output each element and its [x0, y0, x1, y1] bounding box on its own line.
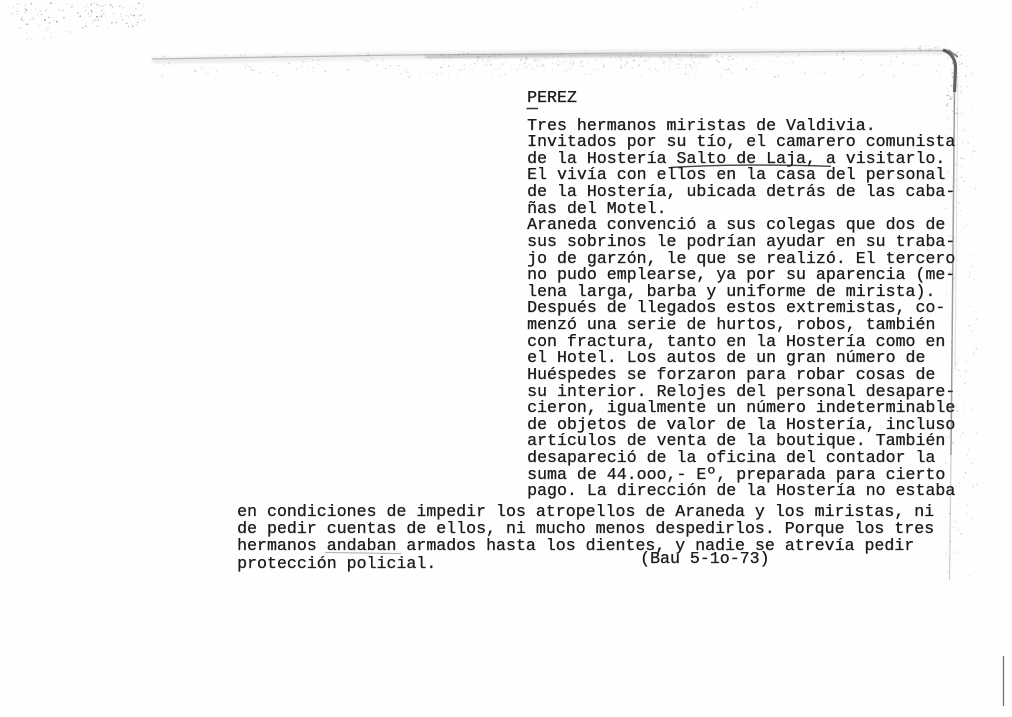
scanned-document-page: PEREZ Tres hermanos miristas de Valdivia…	[0, 0, 1012, 717]
source-citation: (Bau 5-1o-73)	[640, 550, 769, 567]
text-line: protección policial.(Bau 5-1o-73)	[237, 555, 934, 572]
page-top-edge-shadow	[152, 51, 947, 61]
text-line: en condiciones de impedir los atropellos…	[237, 503, 934, 520]
typed-paragraph-block: Tres hermanos miristas de Valdivia. Invi…	[527, 118, 955, 500]
full-width-paragraph-block: en condiciones de impedir los atropellos…	[237, 503, 934, 572]
text-line: Huéspedes se forzaron para robar cosas d…	[527, 367, 955, 384]
title-rest: EREZ	[537, 88, 577, 107]
page-title: PEREZ	[527, 90, 577, 107]
text-line: sus sobrinos le podrían ayudar en su tra…	[527, 234, 955, 251]
underlined-word: andaban	[327, 536, 397, 555]
text-line: de pedir cuentas de ellos, ni mucho meno…	[237, 520, 934, 537]
text-segment: protección policial.	[237, 554, 436, 573]
text-line: hermanos andaban armados hasta los dient…	[237, 537, 934, 554]
text-line: pago. La dirección de la Hostería no est…	[527, 483, 955, 500]
title-underlined-letter: P	[527, 88, 537, 107]
text-segment: hermanos	[237, 536, 327, 555]
